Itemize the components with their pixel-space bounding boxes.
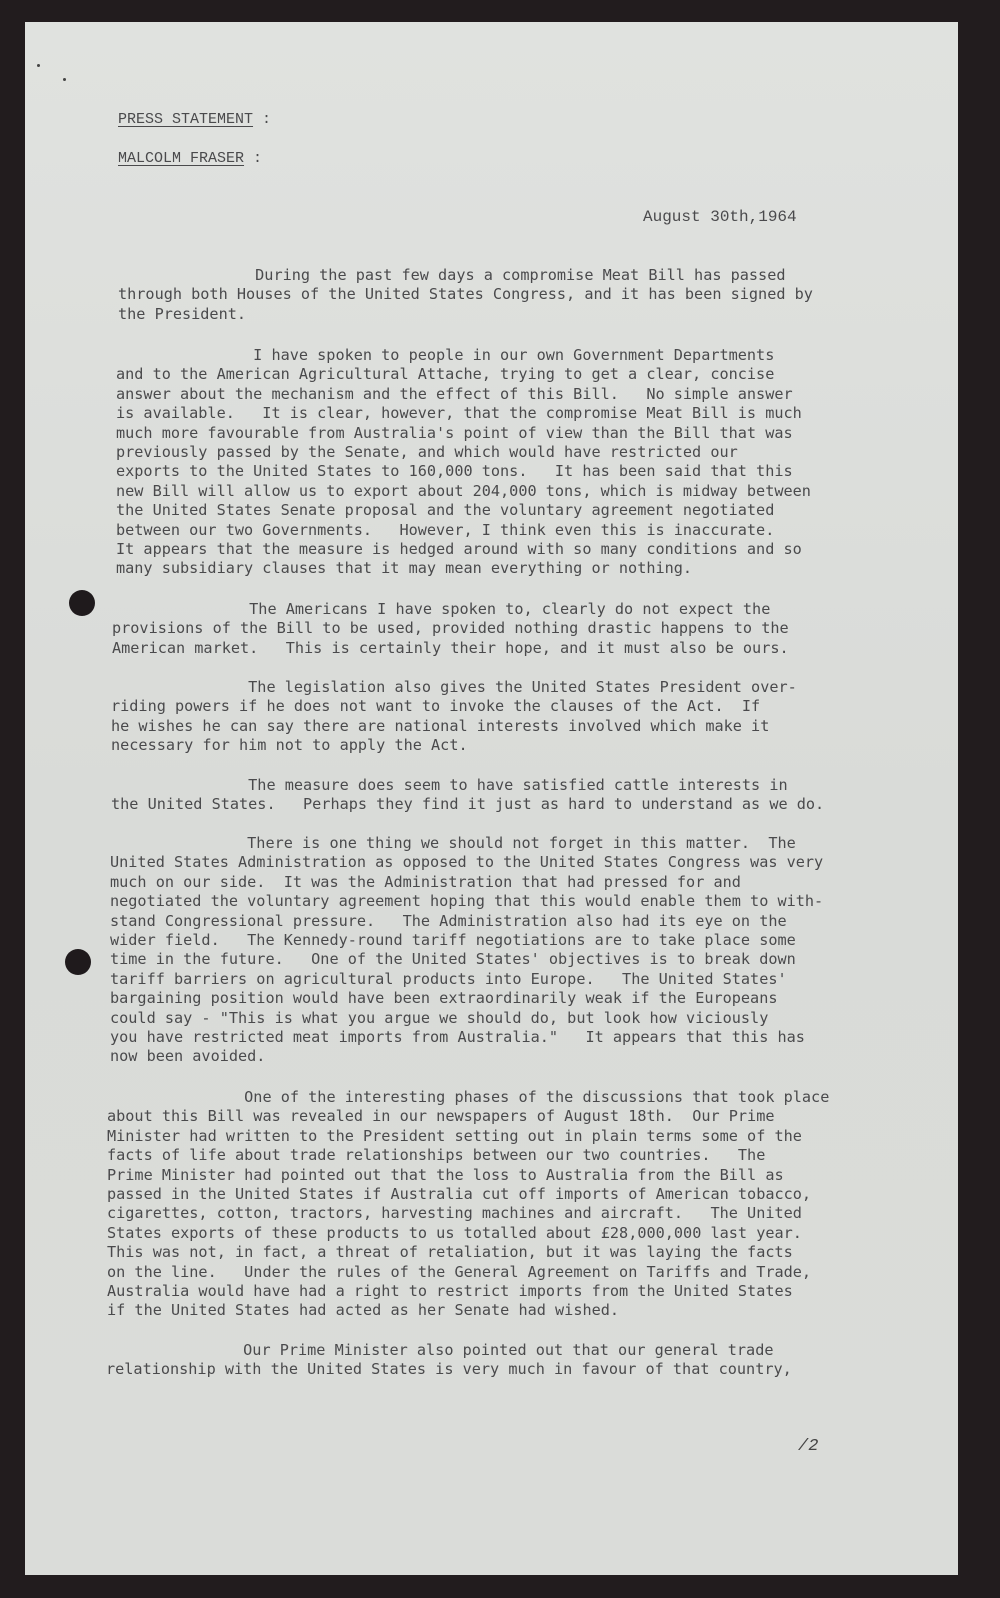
- paragraph-2: I have spoken to people in our own Gover…: [116, 346, 811, 579]
- paragraph-3: The Americans I have spoken to, clearly …: [112, 600, 789, 658]
- punch-hole: [69, 590, 95, 616]
- paper-speck: [37, 64, 40, 67]
- paper-speck: [63, 78, 66, 81]
- author-name: MALCOLM FRASER: [118, 150, 244, 167]
- author-heading: MALCOLM FRASER :: [118, 150, 262, 167]
- paragraph-4: The legislation also gives the United St…: [111, 678, 797, 756]
- paragraph-6: There is one thing we should not forget …: [110, 834, 823, 1067]
- paragraph-5: The measure does seem to have satisfied …: [111, 776, 824, 815]
- paragraph-1: During the past few days a compromise Me…: [118, 266, 813, 324]
- page-number: /2: [798, 1437, 818, 1456]
- heading-label: PRESS STATEMENT: [118, 111, 253, 128]
- paragraph-7: One of the interesting phases of the dis…: [107, 1088, 829, 1321]
- press-statement-heading: PRESS STATEMENT :: [118, 111, 271, 128]
- punch-hole: [65, 949, 91, 975]
- paragraph-8: Our Prime Minister also pointed out that…: [106, 1341, 792, 1380]
- document-date: August 30th,1964: [643, 208, 797, 226]
